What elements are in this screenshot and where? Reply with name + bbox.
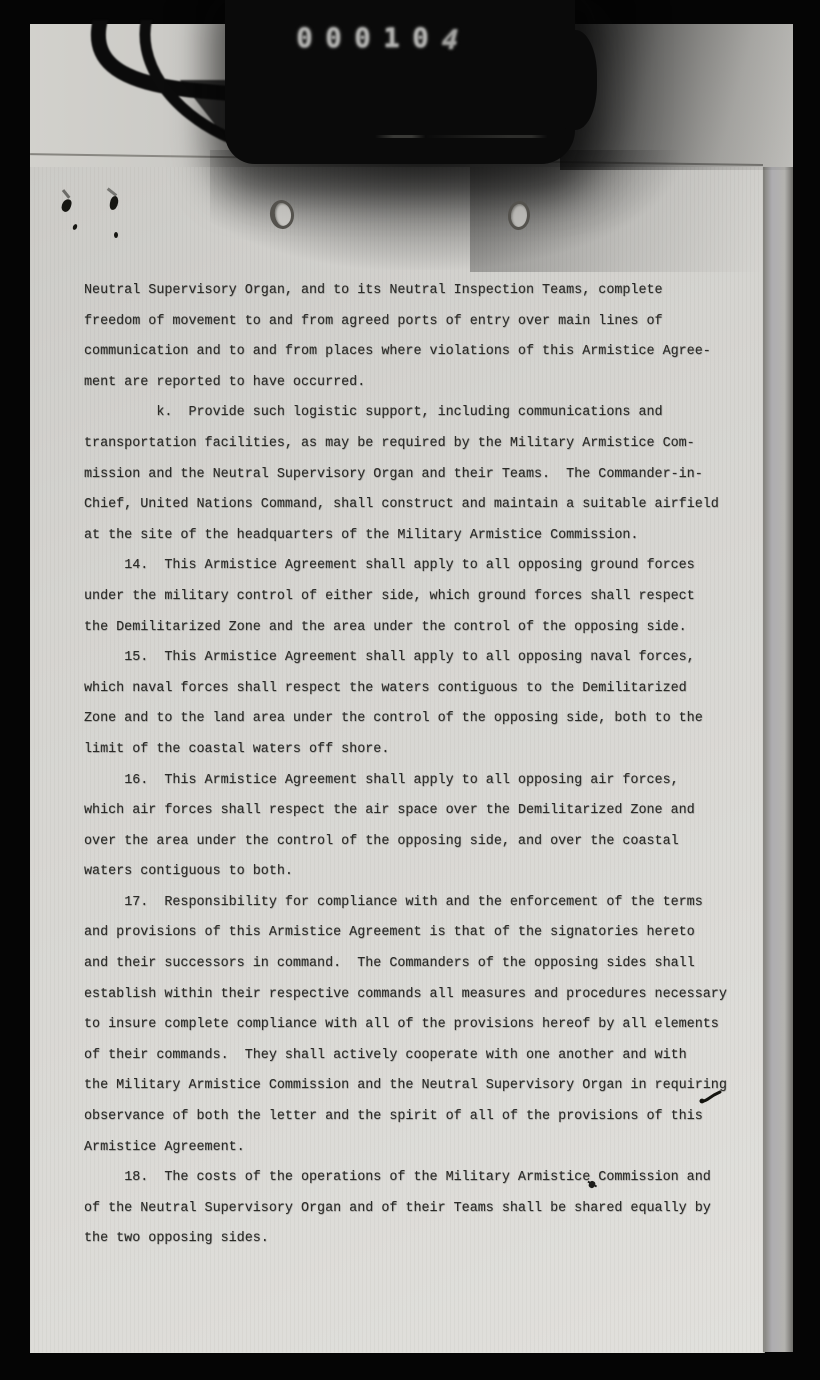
typewritten-text: Neutral Supervisory Organ, and to its Ne… [84,276,752,1255]
paragraph-15-naval-forces: 15. This Armistice Agreement shall apply… [84,643,752,765]
paragraph-k-logistic-support: k. Provide such logistic support, includ… [84,398,752,551]
device-slit [375,135,605,138]
counter-cable-icon [30,20,245,155]
paragraph-14-ground-forces: 14. This Armistice Agreement shall apply… [84,551,752,643]
microfilm-scan: { "counter": { "label": "frame-counter",… [0,0,820,1380]
counter-digit: 1 [377,24,406,56]
counter-digit: 0 [348,24,377,56]
counter-digit: 0 [406,24,435,56]
paragraph-17-responsibility: 17. Responsibility for compliance with a… [84,888,752,1163]
frame-counter-display: 0 0 0 1 0 4 [290,24,470,56]
page-right-gutter [765,167,793,1352]
paragraph-18-costs: 18. The costs of the operations of the M… [84,1163,752,1255]
counter-digit: 0 [319,24,348,56]
frame-counter-device: 0 0 0 1 0 4 [225,0,575,164]
paragraph-16-air-forces: 16. This Armistice Agreement shall apply… [84,766,752,888]
ink-mark [114,232,118,238]
counter-digit: 4 [431,26,468,58]
paragraph-freedom-of-movement: Neutral Supervisory Organ, and to its Ne… [84,276,752,398]
counter-digit: 0 [290,24,319,56]
